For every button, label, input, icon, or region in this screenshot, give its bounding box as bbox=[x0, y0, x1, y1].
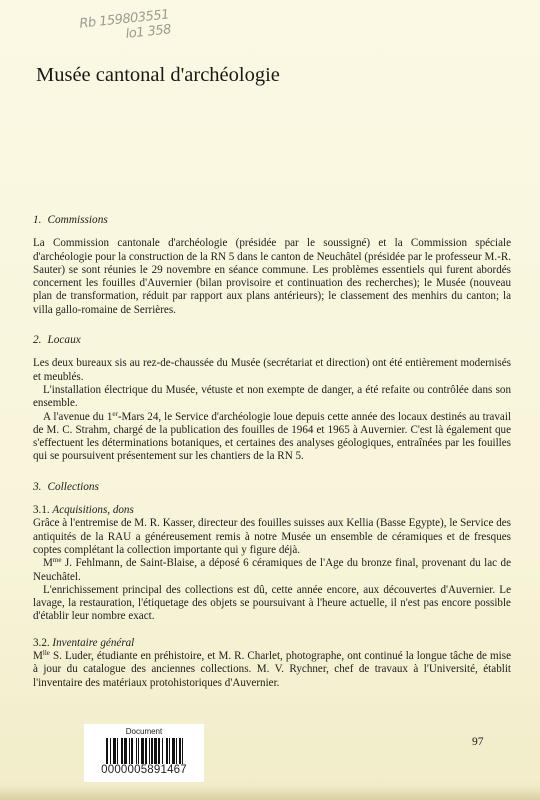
subsection-heading: 3.1. Acquisitions, dons bbox=[33, 504, 511, 517]
page-edge-shadow bbox=[0, 786, 540, 800]
section-title: Collections bbox=[47, 481, 98, 493]
paragraph: A l'avenue du 1er-Mars 24, le Service d'… bbox=[33, 411, 511, 464]
text: S. Luder, étudiante en préhistoire, et M… bbox=[33, 650, 511, 689]
subsection-title: Inventaire général bbox=[52, 637, 134, 649]
paragraph: L'enrichissement principal des collectio… bbox=[33, 584, 511, 624]
paragraph: Grâce à l'entremise de M. R. Kasser, dir… bbox=[33, 517, 511, 557]
section-heading: 3.Collections bbox=[33, 481, 511, 494]
paragraph: L'installation électrique du Musée, vétu… bbox=[33, 384, 511, 411]
text: M bbox=[33, 650, 43, 662]
section-number: 3. bbox=[33, 481, 41, 493]
subsection-number: 3.2. bbox=[33, 637, 50, 649]
page-number: 97 bbox=[472, 736, 484, 749]
subsection-inventaire: 3.2. Inventaire général Mlle S. Luder, é… bbox=[33, 637, 511, 690]
handwritten-annotation: Rb 159803551 lo1 358 bbox=[79, 7, 172, 46]
section-locaux: 2.Locaux Les deux bureaux sis au rez-de-… bbox=[33, 334, 511, 464]
section-heading: 2.Locaux bbox=[33, 334, 511, 347]
paragraph: La Commission cantonale d'archéologie (p… bbox=[33, 237, 511, 317]
subsection-heading: 3.2. Inventaire général bbox=[33, 637, 511, 650]
barcode-icon bbox=[92, 738, 196, 764]
barcode-number: 0000005891467 bbox=[84, 764, 204, 777]
barcode-caption: Document bbox=[84, 727, 204, 736]
document-page: Rb 159803551 lo1 358 Musée cantonal d'ar… bbox=[0, 0, 540, 800]
section-number: 1. bbox=[33, 214, 41, 226]
text: M bbox=[43, 557, 53, 569]
section-collections: 3.Collections 3.1. Acquisitions, dons Gr… bbox=[33, 481, 511, 690]
superscript: lle bbox=[43, 649, 50, 657]
text: J. Fehlmann, de Saint-Blaise, a déposé 6… bbox=[33, 557, 511, 582]
section-heading: 1.Commissions bbox=[33, 214, 511, 227]
paragraph: Mme J. Fehlmann, de Saint-Blaise, a dépo… bbox=[33, 557, 511, 584]
barcode-label: Document 0000005891467 bbox=[84, 724, 204, 782]
section-title: Commissions bbox=[47, 214, 107, 226]
text: A l'avenue du 1 bbox=[43, 411, 112, 423]
subsection-acquisitions: 3.1. Acquisitions, dons Grâce à l'entrem… bbox=[33, 504, 511, 624]
section-commissions: 1.Commissions La Commission cantonale d'… bbox=[33, 214, 511, 317]
document-body: 1.Commissions La Commission cantonale d'… bbox=[33, 214, 511, 707]
subsection-number: 3.1. bbox=[33, 504, 50, 516]
subsection-title: Acquisitions, dons bbox=[52, 504, 133, 516]
paragraph: Les deux bureaux sis au rez-de-chaussée … bbox=[33, 357, 511, 384]
page-title: Musée cantonal d'archéologie bbox=[36, 63, 280, 87]
section-title: Locaux bbox=[47, 334, 80, 346]
paragraph: Mlle S. Luder, étudiante en préhistoire,… bbox=[33, 650, 511, 690]
section-number: 2. bbox=[33, 334, 41, 346]
